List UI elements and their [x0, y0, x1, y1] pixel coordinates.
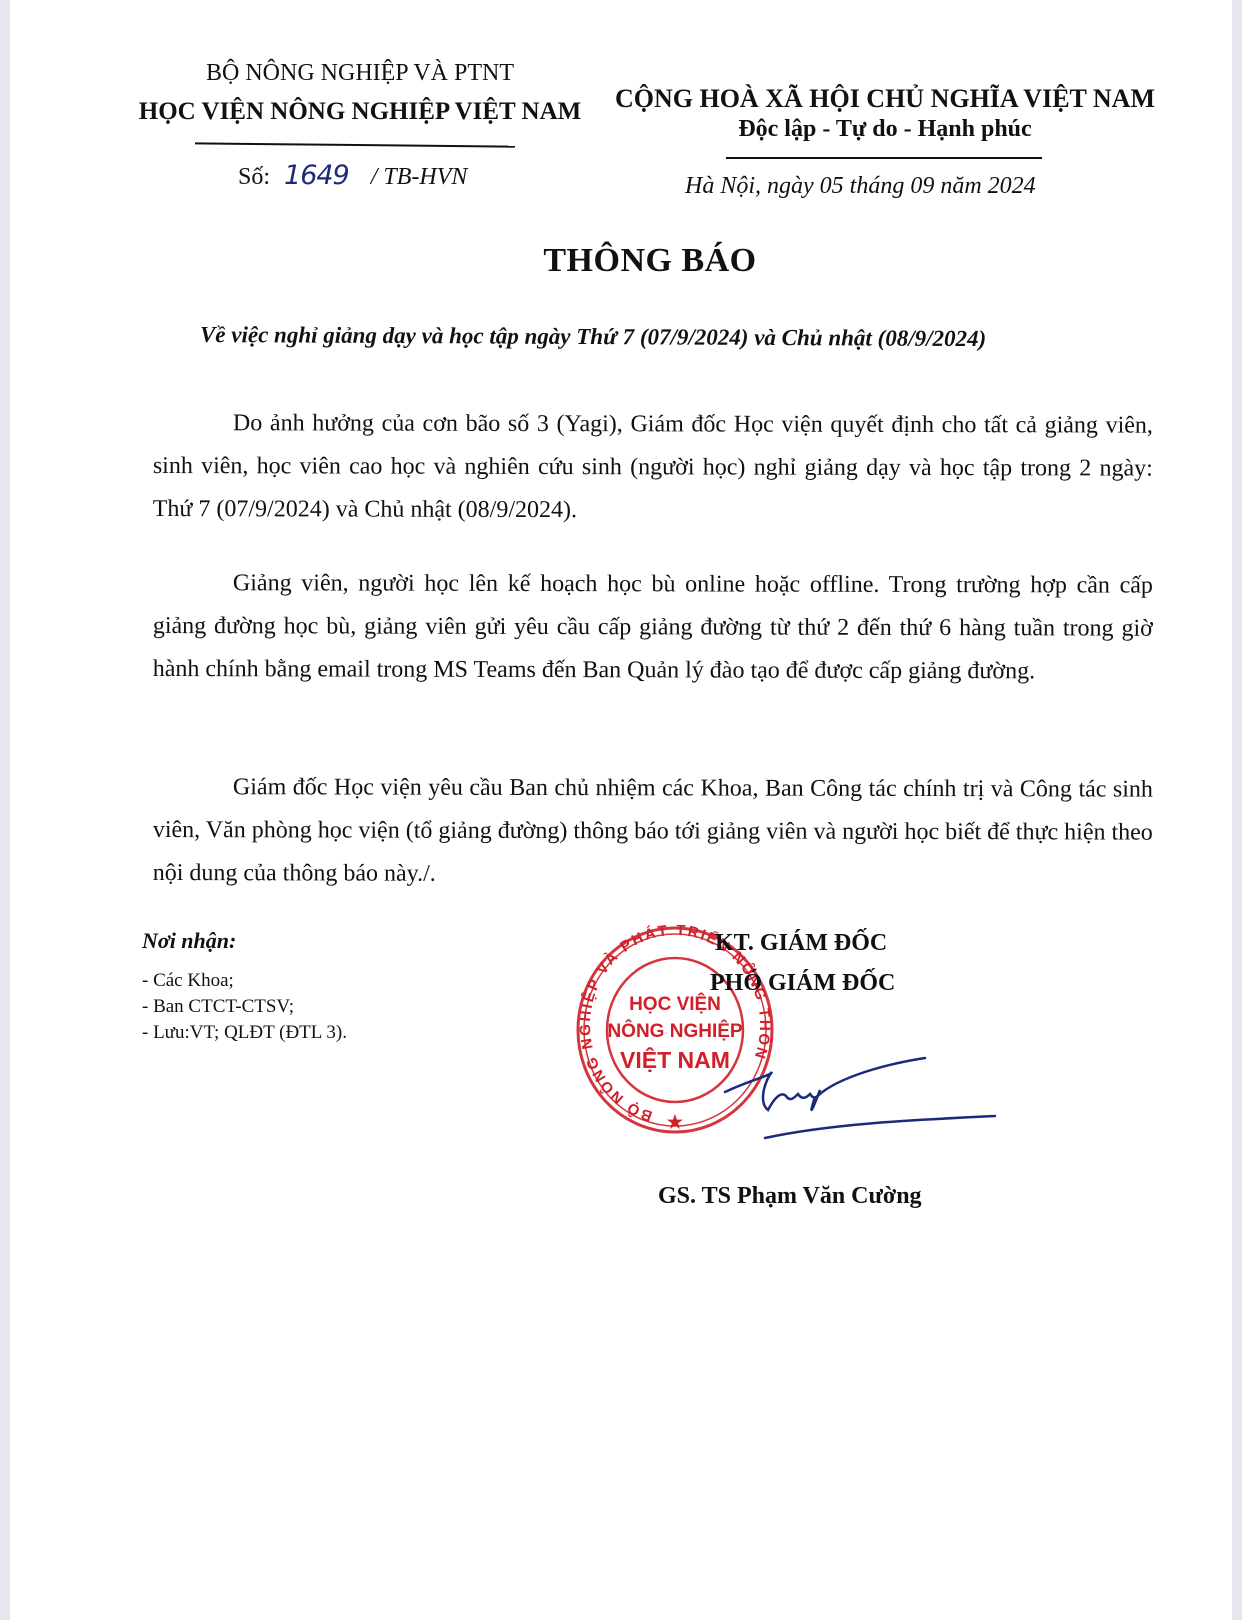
svg-text:HỌC VIỆN: HỌC VIỆN	[629, 993, 721, 1015]
recipients-list: Các Khoa; Ban CTCT-CTSV; Lưu:VT; QLĐT (Đ…	[142, 968, 347, 1046]
paragraph-1: Do ảnh hưởng của cơn bão số 3 (Yagi), Gi…	[153, 402, 1153, 534]
ministry-name: BỘ NÔNG NGHIỆP VÀ PTNT	[160, 60, 560, 87]
number-suffix: / TB-HVN	[371, 164, 468, 190]
document-title: THÔNG BÁO	[10, 242, 1242, 280]
institute-name: HỌC VIỆN NÔNG NGHIỆP VIỆT NAM	[130, 98, 590, 126]
header-left-rule	[195, 142, 515, 147]
document-page: BỘ NÔNG NGHIỆP VÀ PTNT HỌC VIỆN NÔNG NGH…	[10, 0, 1232, 1620]
recipient-item: Lưu:VT; QLĐT (ĐTL 3).	[142, 1020, 347, 1046]
signer-name: GS. TS Phạm Văn Cường	[658, 1183, 922, 1210]
document-subtitle: Về việc nghỉ giảng dạy và học tập ngày T…	[200, 322, 986, 352]
paragraph-2: Giảng viên, người học lên kế hoạch học b…	[153, 562, 1153, 694]
recipients-label: Nơi nhận:	[142, 928, 236, 954]
paragraph-3: Giám đốc Học viện yêu cầu Ban chủ nhiệm …	[153, 766, 1153, 898]
signature-title: KT. GIÁM ĐỐC	[715, 930, 887, 957]
national-motto: Độc lập - Tự do - Hạnh phúc	[605, 116, 1165, 143]
recipient-item: Các Khoa;	[142, 968, 347, 994]
header-right-rule	[726, 157, 1042, 159]
svg-text:★: ★	[667, 1112, 684, 1132]
document-number: Số: 1649 / TB-HVN	[238, 160, 467, 191]
dateline: Hà Nội, ngày 05 tháng 09 năm 2024	[685, 173, 1036, 200]
number-label: Số:	[238, 164, 270, 190]
svg-text:NÔNG NGHIỆP: NÔNG NGHIỆP	[607, 1020, 742, 1042]
republic-heading: CỘNG HOÀ XÃ HỘI CHỦ NGHĨA VIỆT NAM	[605, 84, 1165, 114]
handwritten-signature-icon	[710, 1040, 1010, 1150]
number-handwritten: 1649	[284, 160, 349, 191]
recipient-item: Ban CTCT-CTSV;	[142, 994, 347, 1020]
signature-subtitle: PHÓ GIÁM ĐỐC	[710, 970, 895, 997]
